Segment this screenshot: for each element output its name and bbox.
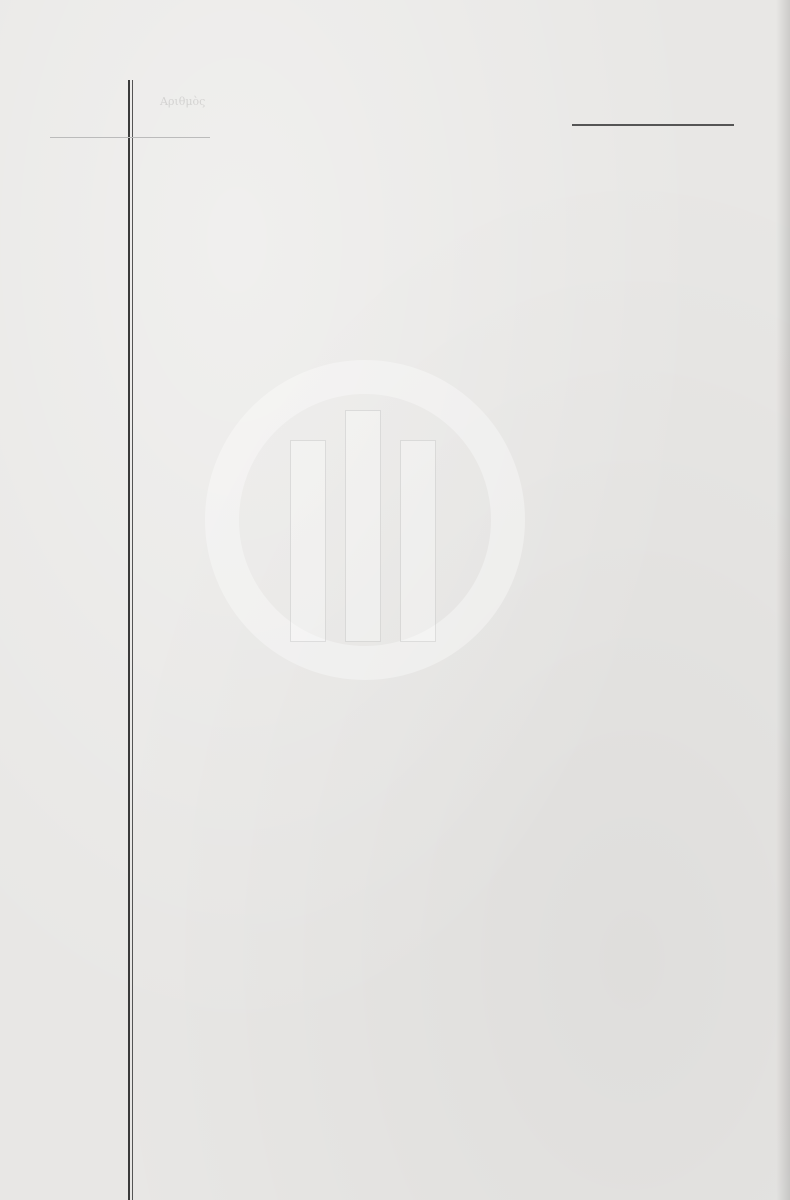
faint-rule	[50, 137, 210, 138]
margin-rule-inner	[132, 80, 133, 1200]
margin-rule	[128, 80, 130, 1200]
scanned-document-page: Αριθμὸς	[0, 0, 790, 1200]
number-underline	[572, 124, 734, 126]
watermark-bar	[290, 440, 326, 642]
bleedthrough-text: Αριθμὸς	[160, 95, 205, 108]
watermark-bar	[345, 410, 381, 642]
watermark-bar	[400, 440, 436, 642]
page-edge-shadow	[776, 0, 790, 1200]
